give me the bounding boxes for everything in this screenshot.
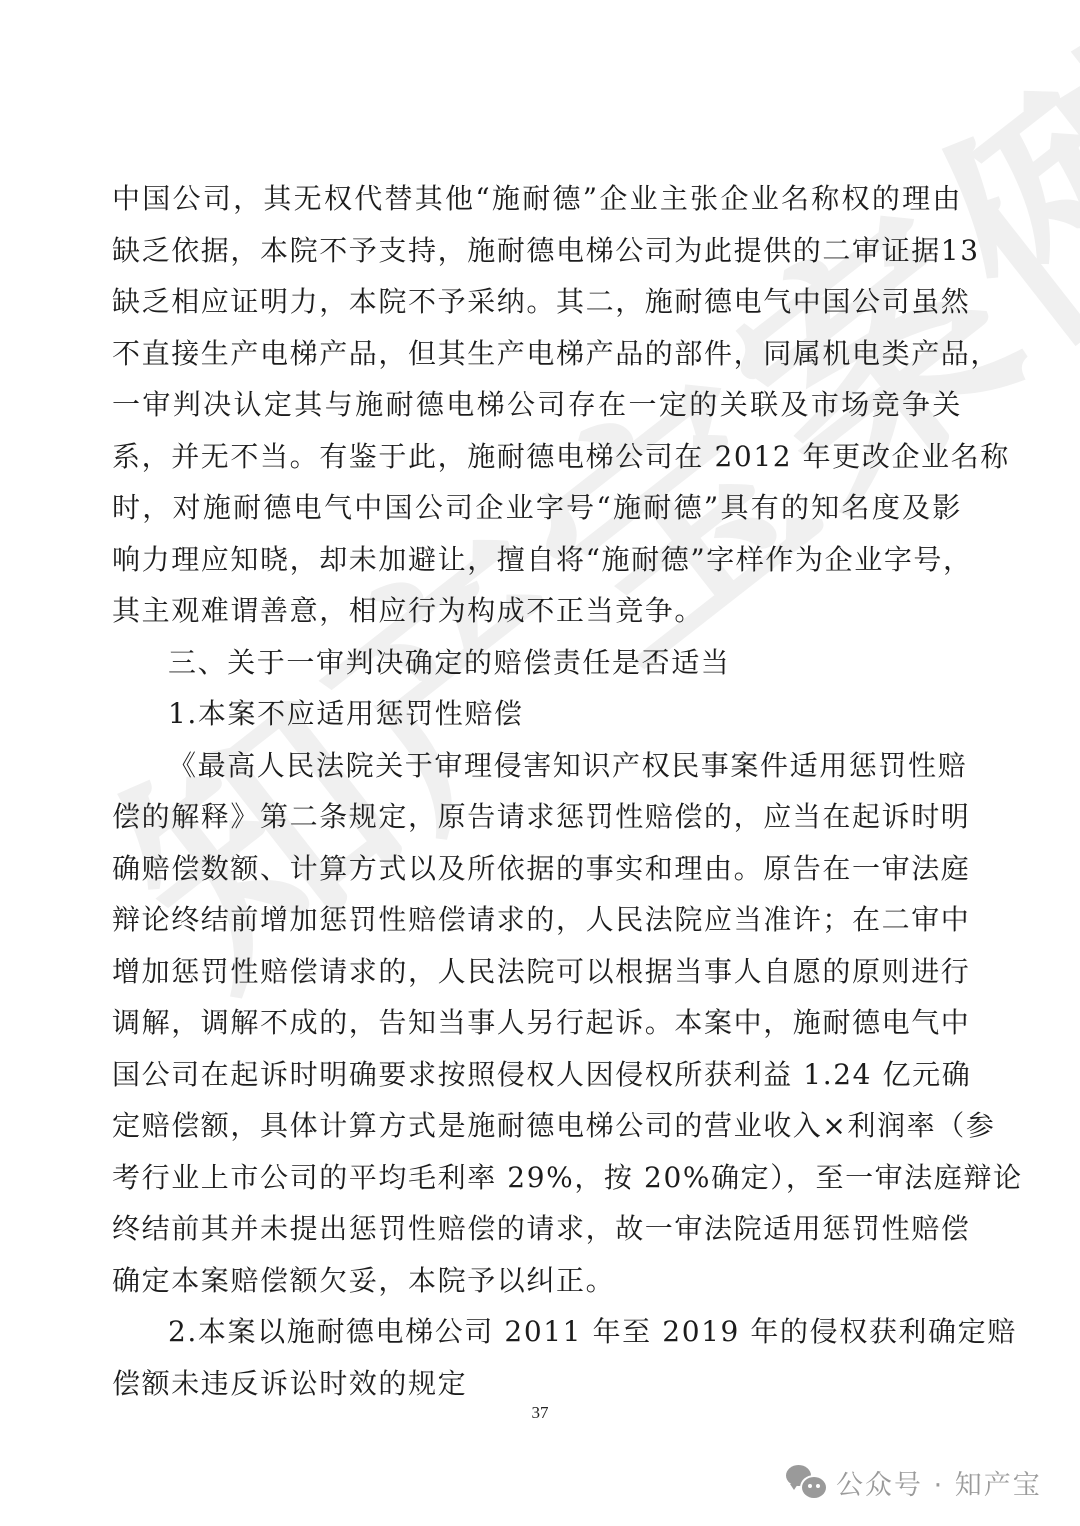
text-line: 确定本案赔偿额欠妥，本院予以纠正。: [112, 1255, 962, 1307]
text-line: 其主观难谓善意，相应行为构成不正当竞争。: [112, 585, 962, 637]
text-line: 中国公司，其无权代替其他“施耐德”企业主张企业名称权的理由: [112, 173, 962, 225]
text-line: 调解，调解不成的，告知当事人另行起诉。本案中，施耐德电气中: [112, 997, 962, 1049]
text-line: 系，并无不当。有鉴于此，施耐德电梯公司在 2012 年更改企业名称: [112, 431, 962, 483]
document-page: 知产宝案例 中国公司，其无权代替其他“施耐德”企业主张企业名称权的理由 缺乏依据…: [0, 0, 1080, 1526]
text-line: 考行业上市公司的平均毛利率 29%，按 20%确定），至一审法庭辩论: [112, 1152, 962, 1204]
subsection-heading: 1.本案不应适用惩罚性赔偿: [112, 688, 962, 740]
text-line: 辩论终结前增加惩罚性赔偿请求的，人民法院应当准许；在二审中: [112, 894, 962, 946]
subsection-heading: 2.本案以施耐德电梯公司 2011 年至 2019 年的侵权获利确定赔: [112, 1306, 962, 1358]
text-line: 时，对施耐德电气中国公司企业字号“施耐德”具有的知名度及影: [112, 482, 962, 534]
subsection-heading-continued: 偿额未违反诉讼时效的规定: [112, 1358, 962, 1410]
text-line: 响力理应知晓，却未加避让，擅自将“施耐德”字样作为企业字号，: [112, 534, 962, 586]
text-line: 增加惩罚性赔偿请求的，人民法院可以根据当事人自愿的原则进行: [112, 946, 962, 998]
text-line: 定赔偿额，具体计算方式是施耐德电梯公司的营业收入×利润率（参: [112, 1100, 962, 1152]
text-line: 《最高人民法院关于审理侵害知识产权民事案件适用惩罚性赔: [112, 740, 962, 792]
text-line: 终结前其并未提出惩罚性赔偿的请求，故一审法院适用惩罚性赔偿: [112, 1203, 962, 1255]
text-line: 国公司在起诉时明确要求按照侵权人因侵权所获利益 1.24 亿元确: [112, 1049, 962, 1101]
section-heading: 三、关于一审判决确定的赔偿责任是否适当: [112, 637, 962, 689]
text-line: 不直接生产电梯产品，但其生产电梯产品的部件，同属机电类产品，: [112, 328, 962, 380]
brand-text: 公众号 · 知产宝: [836, 1463, 1042, 1502]
page-number: 37: [0, 1403, 1080, 1423]
document-body: 中国公司，其无权代替其他“施耐德”企业主张企业名称权的理由 缺乏依据，本院不予支…: [112, 173, 962, 1409]
text-line: 一审判决认定其与施耐德电梯公司存在一定的关联及市场竞争关: [112, 379, 962, 431]
text-line: 确赔偿数额、计算方式以及所依据的事实和理由。原告在一审法庭: [112, 843, 962, 895]
footer-brand: 公众号 · 知产宝: [786, 1462, 1042, 1502]
text-line: 缺乏相应证明力，本院不予采纳。其二，施耐德电气中国公司虽然: [112, 276, 962, 328]
text-line: 偿的解释》第二条规定，原告请求惩罚性赔偿的，应当在起诉时明: [112, 791, 962, 843]
wechat-icon: [786, 1465, 826, 1499]
text-line: 缺乏依据，本院不予支持，施耐德电梯公司为此提供的二审证据13: [112, 225, 962, 277]
